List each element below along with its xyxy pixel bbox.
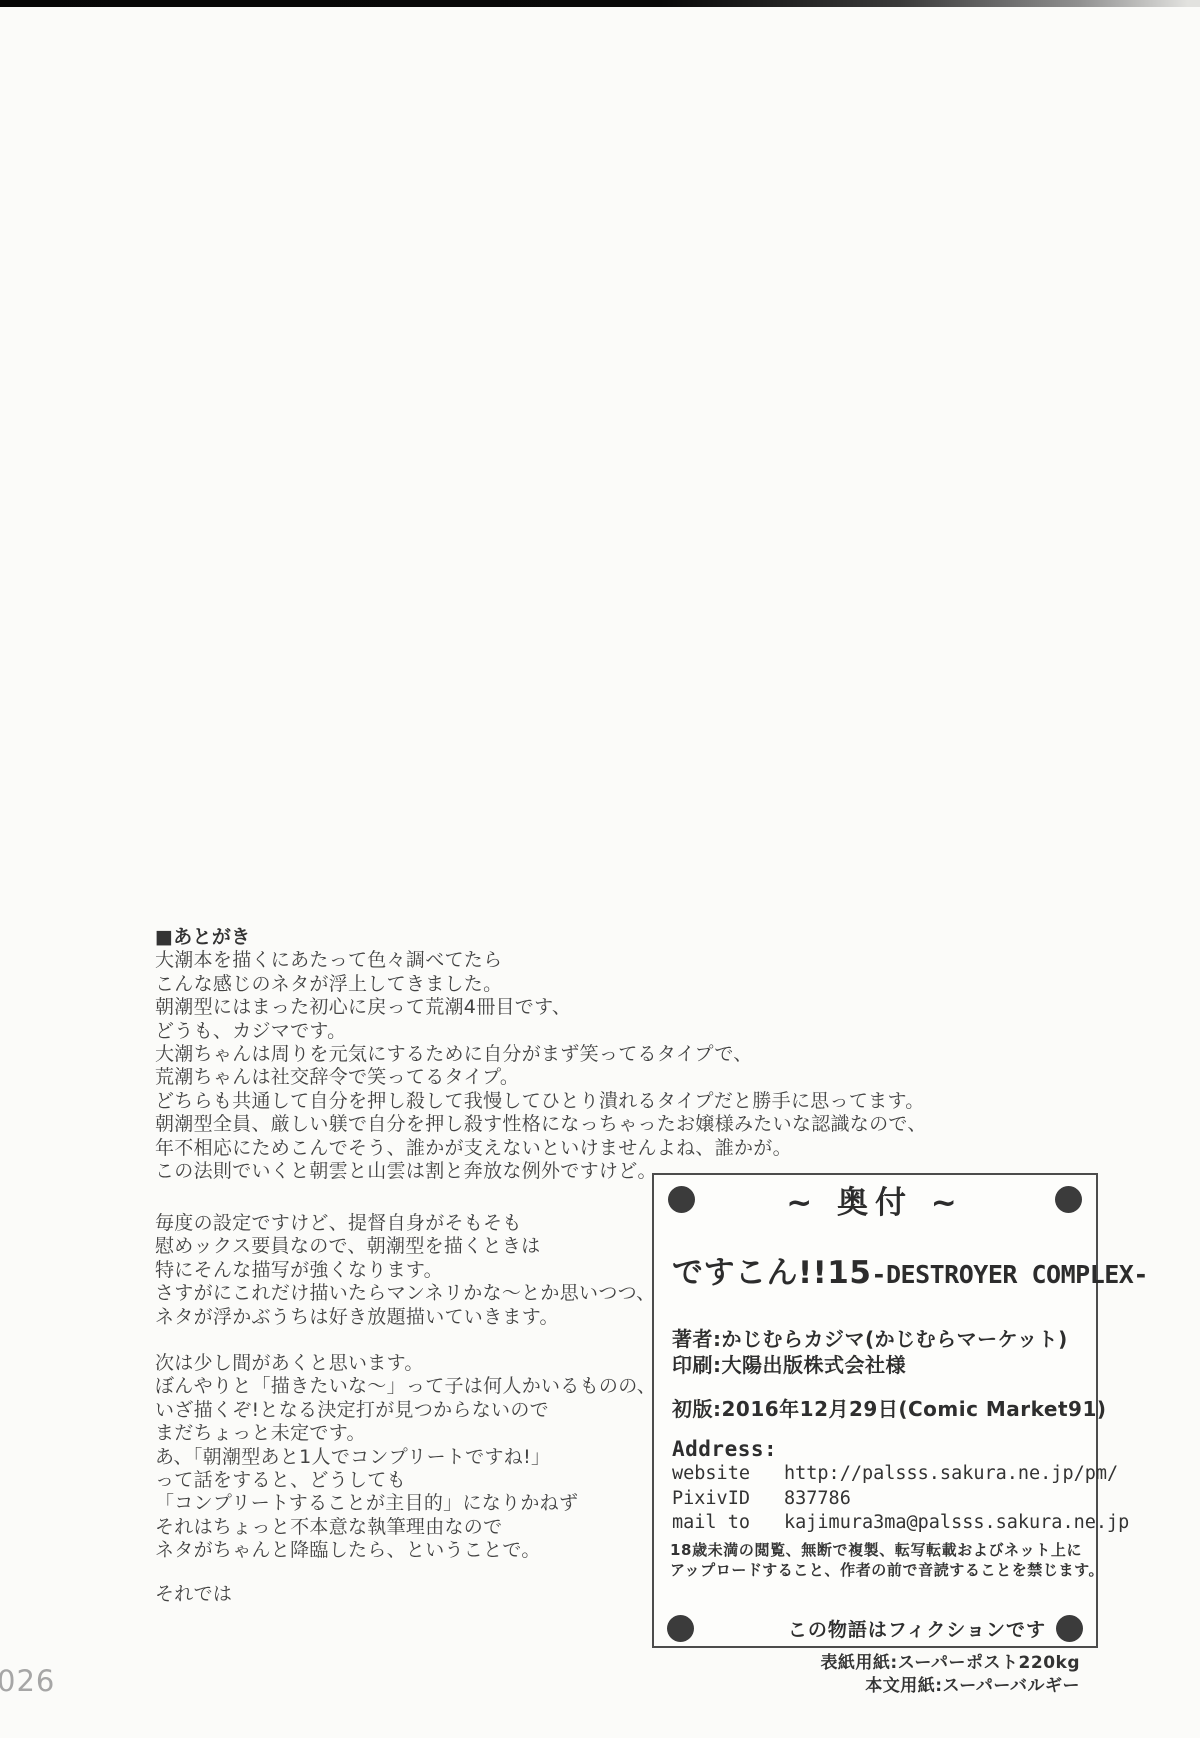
bullet-circle-icon bbox=[668, 1186, 695, 1213]
scan-edge-shadow bbox=[0, 0, 1200, 7]
bullet-circle-icon bbox=[1056, 1615, 1083, 1642]
afterword-line: 毎度の設定ですけど、提督自身がそもそも bbox=[155, 1212, 655, 1235]
author-line: 著者:かじむらカジマ(かじむらマーケット) bbox=[672, 1323, 1068, 1352]
afterword-line: こんな感じのネタが浮上してきました。 bbox=[155, 973, 927, 996]
afterword-line: それはちょっと不本意な執筆理由なので bbox=[155, 1516, 656, 1539]
book-title-english: -DESTROYER COMPLEX- bbox=[871, 1260, 1147, 1289]
afterword-line: 年不相応にためこんでそう、誰かが支えないといけませんよね、誰かが。 bbox=[155, 1137, 927, 1160]
afterword-line: まだちょっと未定です。 bbox=[155, 1422, 656, 1445]
afterword-paragraph-3: 次は少し間があくと思います。 ぼんやりと「描きたいな〜」って子は何人かいるものの… bbox=[155, 1352, 656, 1563]
afterword-paragraph-1: ■あとがき 大潮本を描くにあたって色々調べてたら こんな感じのネタが浮上してきま… bbox=[155, 926, 927, 1183]
afterword-line: いざ描くぞ!となる決定打が見つからないので bbox=[155, 1399, 656, 1422]
afterword-closing: それでは bbox=[155, 1583, 232, 1606]
address-label: Address: bbox=[672, 1437, 777, 1461]
afterword-line: それでは bbox=[155, 1583, 232, 1606]
afterword-line: 荒潮ちゃんは社交辞令で笑ってるタイプ。 bbox=[155, 1066, 927, 1089]
afterword-line: 朝潮型にはまった初心に戻って荒潮4冊目です、 bbox=[155, 996, 927, 1019]
cover-paper-note: 表紙用紙:スーパーポスト220kg bbox=[820, 1652, 1080, 1675]
book-title: ですこん!!15-DESTROYER COMPLEX- bbox=[672, 1247, 1148, 1292]
scanned-doujinshi-page: ■あとがき 大潮本を描くにあたって色々調べてたら こんな感じのネタが浮上してきま… bbox=[0, 0, 1200, 1738]
copyright-notice: 18歳未満の閲覧、無断で複製、転写転載およびネット上に アップロードすること、作… bbox=[670, 1541, 1086, 1580]
afterword-line: 大潮ちゃんは周りを元気にするために自分がまず笑ってるタイプで、 bbox=[155, 1043, 927, 1066]
afterword-line: 大潮本を描くにあたって色々調べてたら bbox=[155, 949, 927, 972]
paper-stock-notes: 表紙用紙:スーパーポスト220kg 本文用紙:スーパーバルギー bbox=[820, 1652, 1080, 1698]
mail-label: mail to bbox=[672, 1512, 784, 1533]
colophon-box: ~ 奥付 ~ ですこん!!15-DESTROYER COMPLEX- 著者:かじ… bbox=[652, 1173, 1098, 1648]
afterword-line: ネタがちゃんと降臨したら、ということで。 bbox=[155, 1539, 656, 1562]
pixiv-row: PixivID 837786 bbox=[672, 1488, 851, 1509]
afterword-heading: ■あとがき bbox=[155, 926, 927, 949]
pixiv-label: PixivID bbox=[672, 1488, 784, 1509]
afterword-line: 慰めックス要員なので、朝潮型を描くときは bbox=[155, 1235, 655, 1258]
mail-address: kajimura3ma@palsss.sakura.ne.jp bbox=[784, 1512, 1129, 1533]
pixiv-id: 837786 bbox=[784, 1488, 851, 1509]
printer-line: 印刷:大陽出版株式会社様 bbox=[672, 1349, 906, 1378]
afterword-line: 特にそんな描写が強くなります。 bbox=[155, 1259, 655, 1282]
afterword-line: あ、「朝潮型あと1人でコンプリートですね!」 bbox=[155, 1446, 656, 1469]
fiction-note: この物語はフィクションです bbox=[694, 1615, 1046, 1642]
colophon-header-title: ~ 奥付 ~ bbox=[695, 1177, 1055, 1222]
afterword-line: 朝潮型全員、厳しい躾で自分を押し殺す性格になっちゃったお嬢様みたいな認識なので、 bbox=[155, 1113, 927, 1136]
afterword-line: 次は少し間があくと思います。 bbox=[155, 1352, 656, 1375]
bullet-circle-icon bbox=[667, 1615, 694, 1642]
afterword-line: どうも、カジマです。 bbox=[155, 1020, 927, 1043]
edition-line: 初版:2016年12月29日(Comic Market91) bbox=[672, 1393, 1107, 1422]
afterword-line: ネタが浮かぶうちは好き放題描いていきます。 bbox=[155, 1306, 655, 1329]
afterword-line: って話をすると、どうしても bbox=[155, 1469, 656, 1492]
body-paper-note: 本文用紙:スーパーバルギー bbox=[820, 1675, 1080, 1698]
website-url: http://palsss.sakura.ne.jp/pm/ bbox=[784, 1463, 1118, 1484]
page-number: 026 bbox=[0, 1664, 55, 1698]
afterword-paragraph-2: 毎度の設定ですけど、提督自身がそもそも 慰めックス要員なので、朝潮型を描くときは… bbox=[155, 1212, 655, 1329]
book-title-japanese: ですこん!!15 bbox=[672, 1255, 871, 1291]
mail-row: mail to kajimura3ma@palsss.sakura.ne.jp bbox=[672, 1512, 1129, 1533]
colophon-header-row: ~ 奥付 ~ bbox=[668, 1182, 1082, 1216]
fiction-note-row: この物語はフィクションです bbox=[667, 1613, 1083, 1643]
website-label: website bbox=[672, 1463, 784, 1484]
afterword-line: ぼんやりと「描きたいな〜」って子は何人かいるものの、 bbox=[155, 1375, 656, 1398]
copyright-notice-line: 18歳未満の閲覧、無断で複製、転写転載およびネット上に bbox=[670, 1541, 1086, 1561]
website-row: website http://palsss.sakura.ne.jp/pm/ bbox=[672, 1463, 1118, 1484]
afterword-line: 「コンプリートすることが主目的」になりかねず bbox=[155, 1492, 656, 1515]
bullet-circle-icon bbox=[1055, 1186, 1082, 1213]
copyright-notice-line: アップロードすること、作者の前で音読することを禁じます。 bbox=[670, 1561, 1086, 1581]
afterword-line: さすがにこれだけ描いたらマンネリかな〜とか思いつつ、 bbox=[155, 1282, 655, 1305]
afterword-line: どちらも共通して自分を押し殺して我慢してひとり潰れるタイプだと勝手に思ってます。 bbox=[155, 1090, 927, 1113]
